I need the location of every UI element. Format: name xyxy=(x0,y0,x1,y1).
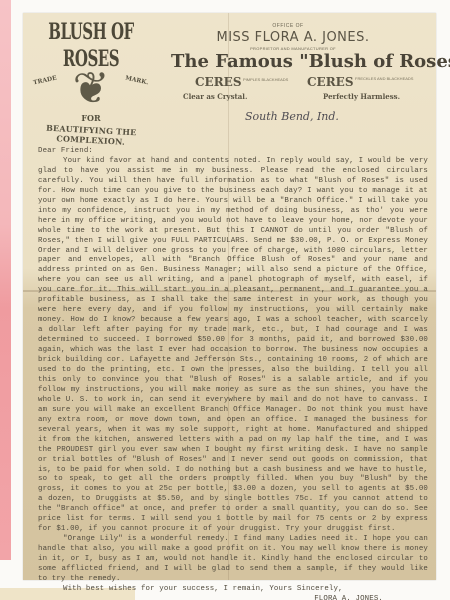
slogan-right: Perfectly Harmless. xyxy=(323,92,400,101)
ceres-right: CERES xyxy=(307,75,353,89)
product-title: The Famous "Blush of Roses." xyxy=(171,51,436,72)
paragraph-main: Your kind favor at hand and contents not… xyxy=(38,157,428,535)
proprietor-name: MISS FLORA A. JONES. xyxy=(213,30,373,45)
ceres-right-sub: FRECKLES AND BLACKHEADS xyxy=(355,76,413,81)
trademark-logo: BLUSH OF ROSES ❦ TRADE MARK. FOR BEAUTIF… xyxy=(31,17,151,129)
office-of-label: OFFICE OF xyxy=(253,23,323,29)
ceres-left: CERES xyxy=(195,75,241,89)
slogan-left: Clear as Crystal. xyxy=(183,92,247,101)
rose-icon: ❦ xyxy=(31,67,151,111)
letter-body: Dear Friend: Your kind favor at hand and… xyxy=(38,147,428,600)
logo-arch-text: BLUSH OF ROSES xyxy=(31,18,151,72)
salutation: Dear Friend: xyxy=(38,147,428,157)
closing-line: With best wishes for your success, I rem… xyxy=(38,585,428,595)
logo-for-text: FOR xyxy=(31,113,151,123)
logo-tagline: BEAUTIFYING THE COMPLEXION. xyxy=(31,122,152,148)
ceres-left-sub: PIMPLES BLACKHEADS xyxy=(243,77,288,82)
letter-page: BLUSH OF ROSES ❦ TRADE MARK. FOR BEAUTIF… xyxy=(23,13,436,580)
signature: FLORA A. JONES. xyxy=(38,595,428,600)
paragraph-orange-lily: "Orange Lily" is a wonderful remedy. I f… xyxy=(38,535,428,585)
pink-paper-edge xyxy=(0,0,11,560)
handwritten-place: South Bend, Ind. xyxy=(245,110,339,123)
